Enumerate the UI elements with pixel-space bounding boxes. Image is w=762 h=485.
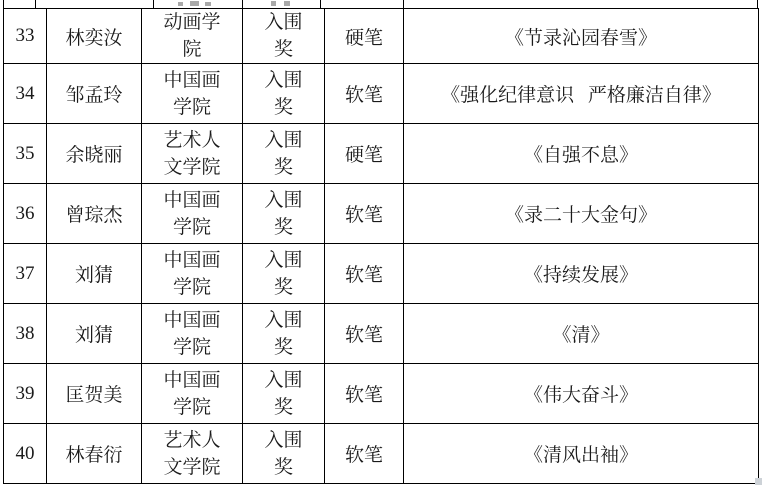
grid-line bbox=[757, 0, 758, 8]
cell-college: 艺术人文学院 bbox=[142, 424, 243, 484]
table-row: 36曾琮杰中国画学院入围奖软笔《录二十大金句》 bbox=[4, 184, 759, 244]
cell-title: 《强化纪律意识 严格廉洁自律》 bbox=[404, 64, 759, 124]
cell-college: 中国画学院 bbox=[142, 64, 243, 124]
cell-pen-type: 软笔 bbox=[325, 304, 404, 364]
cell-award: 入围奖 bbox=[243, 64, 325, 124]
cell-award: 入围奖 bbox=[243, 364, 325, 424]
cell-name: 邹孟玲 bbox=[47, 64, 142, 124]
cell-title: 《节录沁园春雪》 bbox=[404, 9, 759, 64]
clipped-text-remnant bbox=[205, 2, 211, 6]
cell-number: 38 bbox=[4, 304, 47, 364]
cell-title: 《清》 bbox=[404, 304, 759, 364]
cell-college: 中国画学院 bbox=[142, 184, 243, 244]
cell-title: 《伟大奋斗》 bbox=[404, 364, 759, 424]
clipped-row-above bbox=[0, 0, 762, 8]
cell-name: 曾琮杰 bbox=[47, 184, 142, 244]
clipped-text-remnant bbox=[190, 1, 199, 6]
table-row: 34邹孟玲中国画学院入围奖软笔《强化纪律意识 严格廉洁自律》 bbox=[4, 64, 759, 124]
clipped-text-remnant bbox=[178, 2, 183, 6]
document-page: 33林奕汝动画学院入围奖硬笔《节录沁园春雪》34邹孟玲中国画学院入围奖软笔《强化… bbox=[0, 0, 762, 485]
cell-number: 40 bbox=[4, 424, 47, 484]
cell-college: 中国画学院 bbox=[142, 244, 243, 304]
cell-title: 《清风出袖》 bbox=[404, 424, 759, 484]
cell-pen-type: 硬笔 bbox=[325, 124, 404, 184]
cell-name: 刘猜 bbox=[47, 244, 142, 304]
cell-number: 36 bbox=[4, 184, 47, 244]
cell-award: 入围奖 bbox=[243, 244, 325, 304]
cell-pen-type: 软笔 bbox=[325, 244, 404, 304]
award-list-table: 33林奕汝动画学院入围奖硬笔《节录沁园春雪》34邹孟玲中国画学院入围奖软笔《强化… bbox=[3, 8, 759, 484]
cell-college: 动画学院 bbox=[142, 9, 243, 64]
grid-line bbox=[242, 0, 243, 8]
grid-line bbox=[153, 0, 154, 8]
table-row: 37刘猜中国画学院入围奖软笔《持续发展》 bbox=[4, 244, 759, 304]
cell-title: 《录二十大金句》 bbox=[404, 184, 759, 244]
cell-name: 匡贺美 bbox=[47, 364, 142, 424]
table-row: 38刘猜中国画学院入围奖软笔《清》 bbox=[4, 304, 759, 364]
clipped-text-remnant bbox=[284, 1, 290, 6]
cell-number: 35 bbox=[4, 124, 47, 184]
cell-pen-type: 软笔 bbox=[325, 64, 404, 124]
grid-line bbox=[320, 0, 321, 8]
cell-pen-type: 硬笔 bbox=[325, 9, 404, 64]
table-row: 33林奕汝动画学院入围奖硬笔《节录沁园春雪》 bbox=[4, 9, 759, 64]
grid-line bbox=[3, 0, 4, 8]
scrollbar-fragment[interactable] bbox=[755, 478, 762, 485]
cell-number: 33 bbox=[4, 9, 47, 64]
cell-award: 入围奖 bbox=[243, 304, 325, 364]
cell-title: 《自强不息》 bbox=[404, 124, 759, 184]
cell-pen-type: 软笔 bbox=[325, 364, 404, 424]
cell-award: 入围奖 bbox=[243, 9, 325, 64]
cell-award: 入围奖 bbox=[243, 124, 325, 184]
table-row: 35余晓丽艺术人文学院入围奖硬笔《自强不息》 bbox=[4, 124, 759, 184]
cell-award: 入围奖 bbox=[243, 184, 325, 244]
table-row: 40林春衍艺术人文学院入围奖软笔《清风出袖》 bbox=[4, 424, 759, 484]
cell-number: 34 bbox=[4, 64, 47, 124]
cell-name: 余晓丽 bbox=[47, 124, 142, 184]
cell-title: 《持续发展》 bbox=[404, 244, 759, 304]
cell-name: 林奕汝 bbox=[47, 9, 142, 64]
cell-college: 中国画学院 bbox=[142, 304, 243, 364]
cell-number: 39 bbox=[4, 364, 47, 424]
cell-pen-type: 软笔 bbox=[325, 184, 404, 244]
cell-college: 艺术人文学院 bbox=[142, 124, 243, 184]
cell-number: 37 bbox=[4, 244, 47, 304]
cell-name: 林春衍 bbox=[47, 424, 142, 484]
cell-college: 中国画学院 bbox=[142, 364, 243, 424]
cell-pen-type: 软笔 bbox=[325, 424, 404, 484]
table-row: 39匡贺美中国画学院入围奖软笔《伟大奋斗》 bbox=[4, 364, 759, 424]
clipped-text-remnant bbox=[271, 1, 276, 6]
cell-award: 入围奖 bbox=[243, 424, 325, 484]
grid-line bbox=[403, 0, 404, 8]
cell-name: 刘猜 bbox=[47, 304, 142, 364]
grid-line bbox=[35, 0, 36, 8]
